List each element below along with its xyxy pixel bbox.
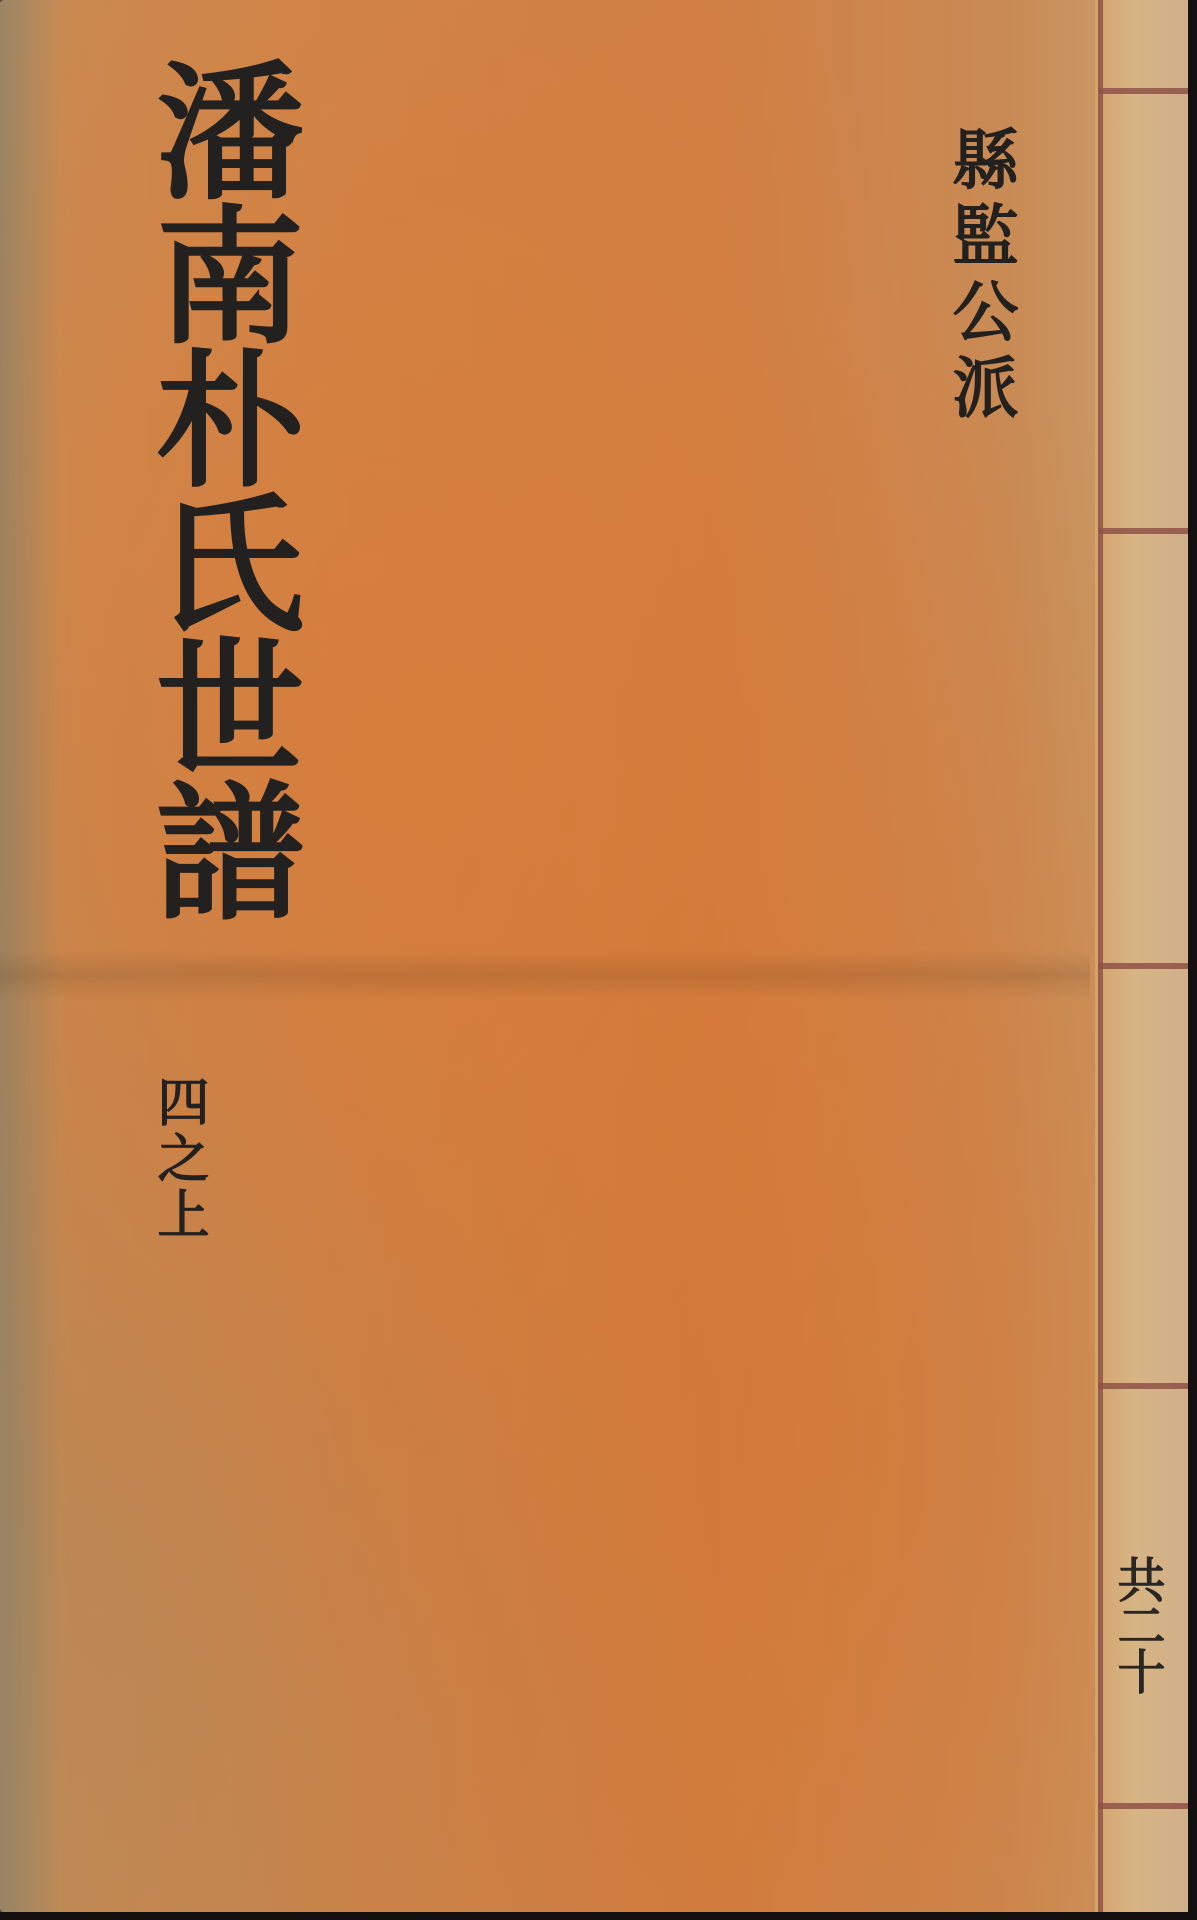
binding-thread-stitch-4 [1098,1383,1190,1389]
binding-thread-vertical [1098,0,1103,1912]
cover-title: 潘南朴氏世譜 [90,55,290,919]
volume-label: 四之上 [150,1075,206,1243]
spine-count-label: 共二十 [1112,1555,1162,1693]
binding-thread-stitch-1 [1098,88,1190,94]
binding-thread-stitch-2 [1098,528,1190,534]
bottom-shadow [0,1912,1197,1920]
cover-horizontal-crease [0,950,1090,1000]
binding-thread-stitch-3 [1098,963,1190,969]
right-shadow [1188,0,1197,1920]
binding-thread-stitch-5 [1098,1803,1190,1809]
branch-label: 縣監公派 [945,125,1015,429]
